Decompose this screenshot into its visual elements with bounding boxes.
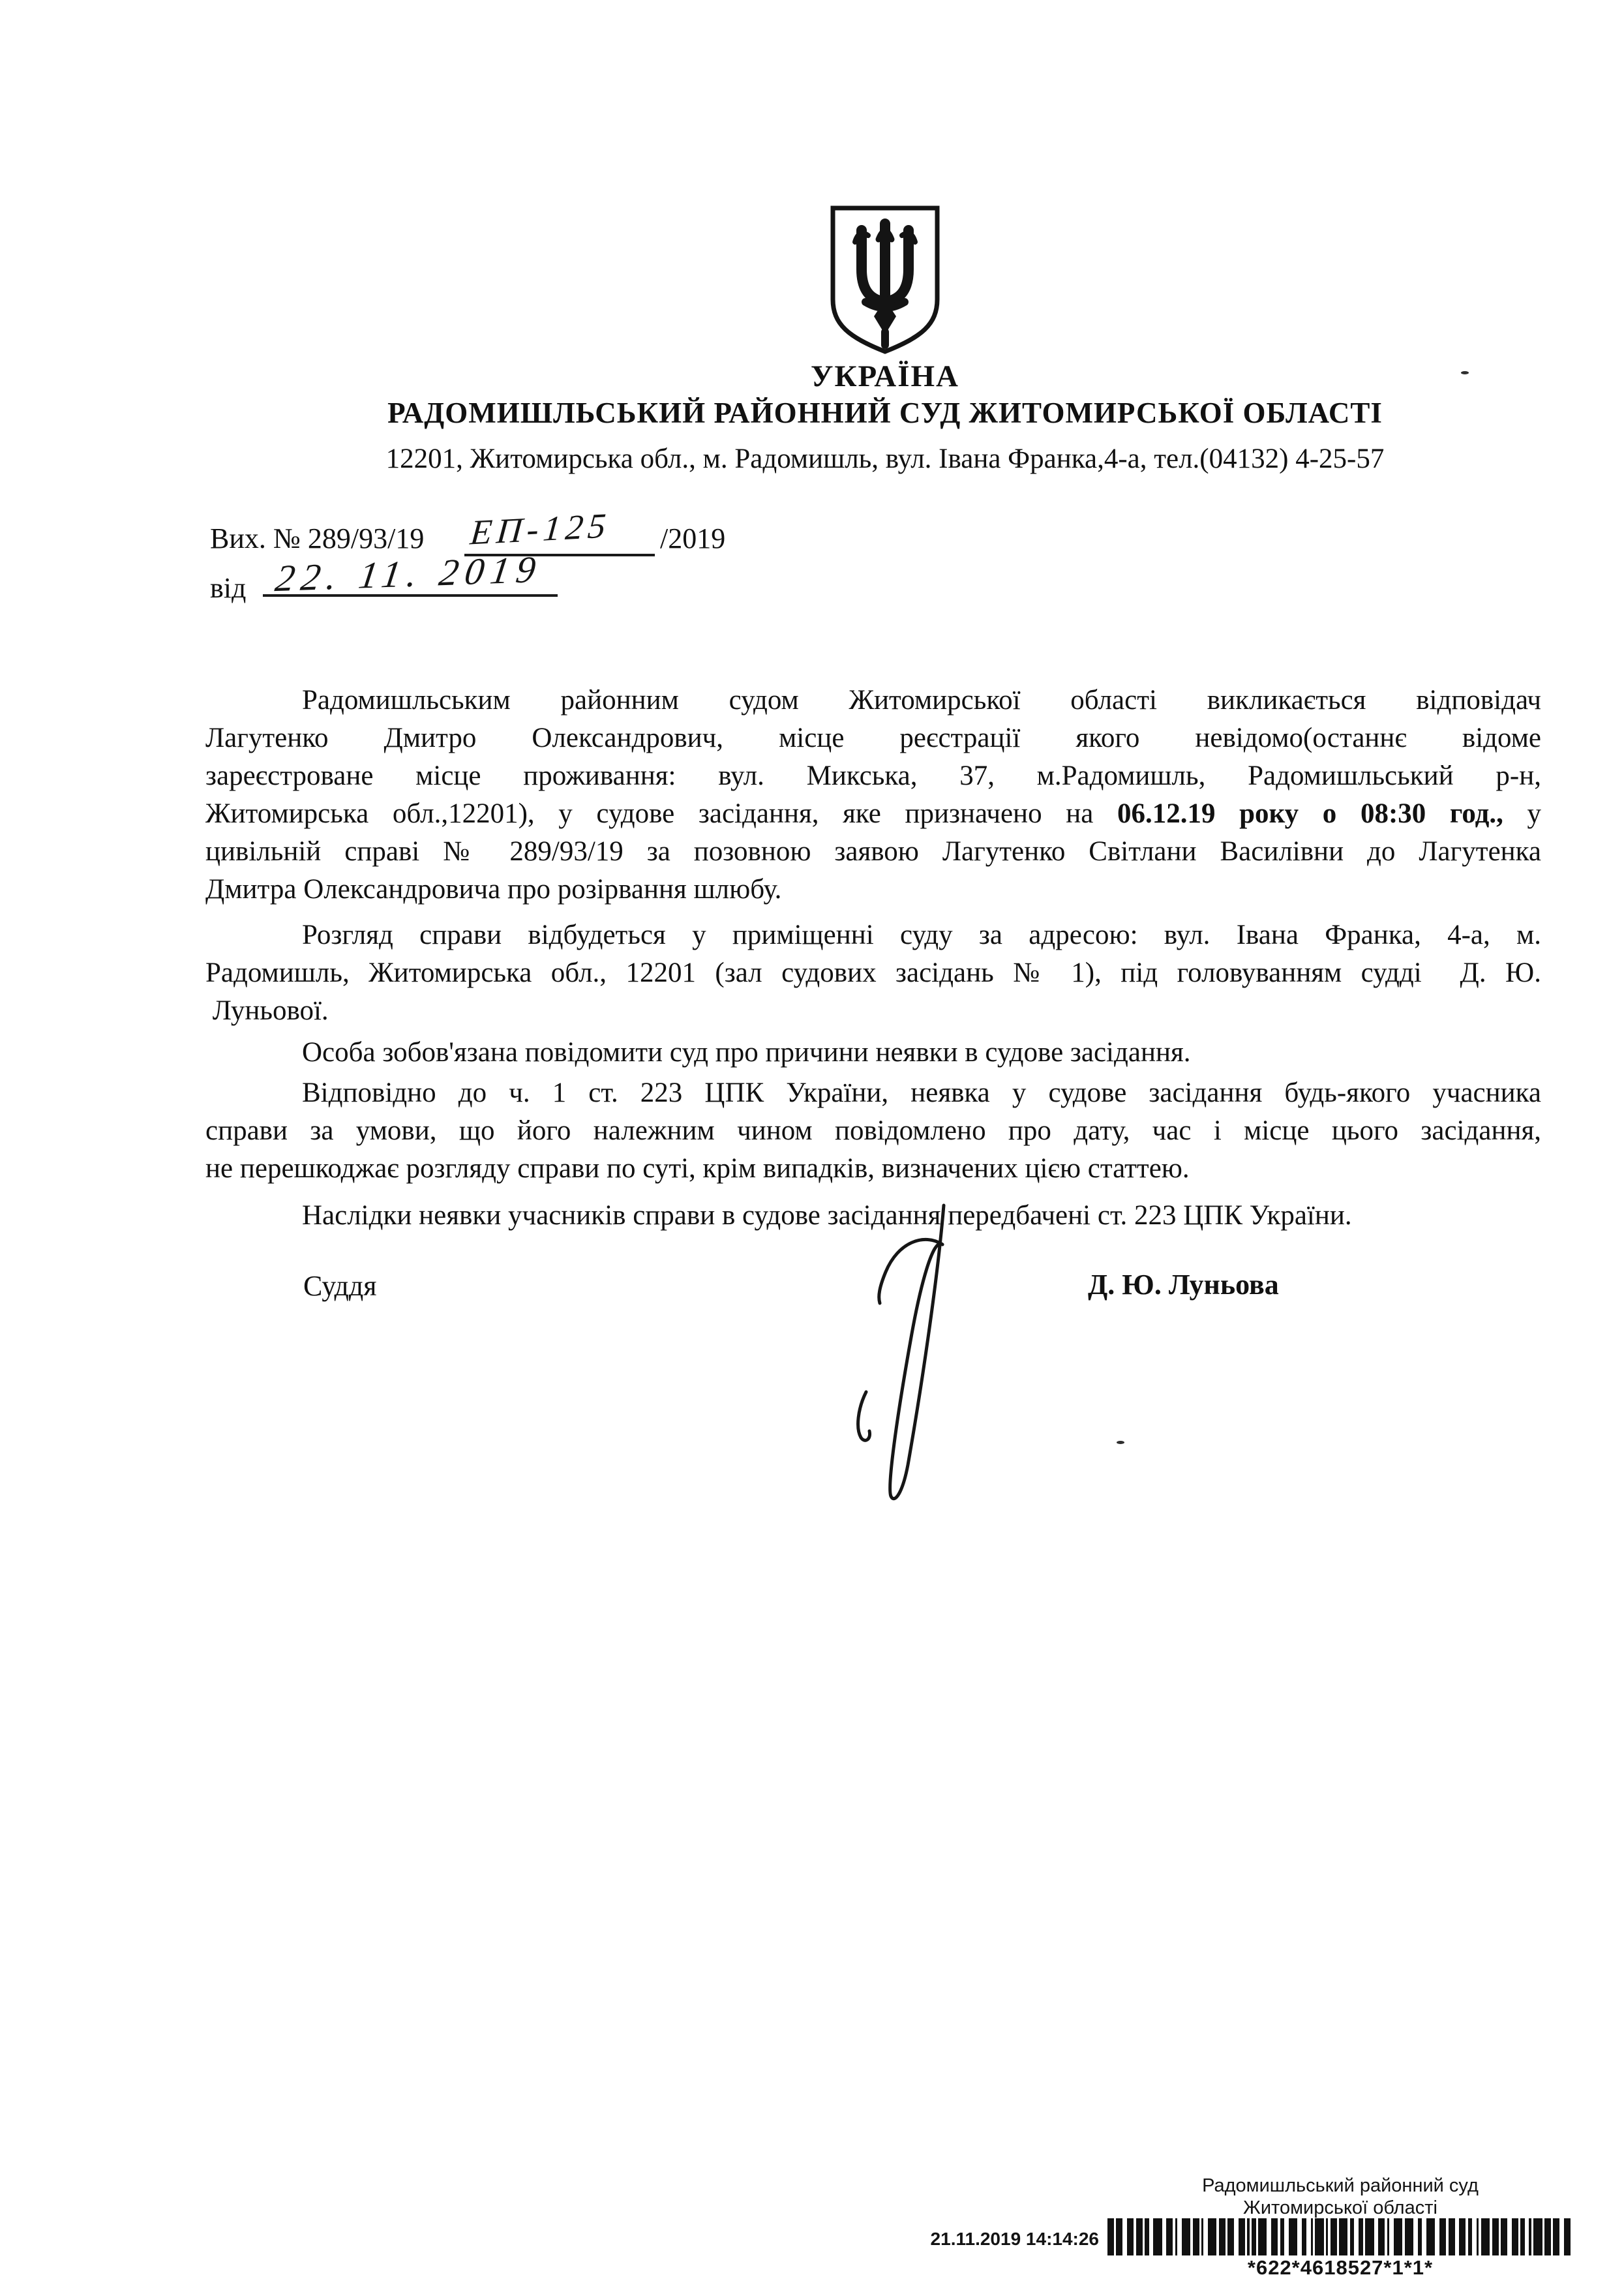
body-paragraph: Відповідно до ч. 1 ст. 223 ЦПК України, …	[205, 1074, 1541, 1188]
barcode-bar	[1378, 2218, 1385, 2255]
barcode-bar	[1426, 2218, 1435, 2255]
barcode-bar	[1201, 2218, 1203, 2255]
body-line: Радомишль, Житомирська обл., 12201 (зал …	[205, 954, 1541, 992]
document-body: Радомишльським районним судом Житомирськ…	[205, 682, 1541, 1235]
body-line: Лагутенко Дмитро Олександрович, місце ре…	[205, 719, 1541, 757]
barcode-bar	[1315, 2218, 1323, 2255]
barcode-bar	[1302, 2218, 1306, 2255]
scan-artifact-dot	[1461, 371, 1469, 374]
handwritten-date: 22. 11. 2019	[273, 547, 545, 600]
scanned-court-summons-page: УКРАЇНА РАДОМИШЛЬСЬКИЙ РАЙОННИЙ СУД ЖИТО…	[0, 0, 1624, 2292]
barcode	[1107, 2218, 1573, 2255]
barcode-bar	[1136, 2218, 1143, 2255]
barcode-bar	[1564, 2218, 1571, 2255]
barcode-bar	[1350, 2218, 1355, 2255]
barcode-bar	[1481, 2218, 1490, 2255]
outgoing-year-suffix: /2019	[660, 522, 725, 555]
judge-role-label: Суддя	[303, 1269, 377, 1303]
barcode-bar	[1553, 2218, 1559, 2255]
barcode-bar	[1418, 2218, 1422, 2255]
barcode-bar	[1239, 2218, 1245, 2255]
date-label: від	[210, 571, 246, 605]
barcode-bar	[1116, 2218, 1122, 2255]
barcode-bar	[1280, 2218, 1285, 2255]
body-paragraph: Радомишльським районним судом Житомирськ…	[205, 682, 1541, 909]
scan-artifact-dot	[1117, 1441, 1124, 1444]
barcode-bar	[1252, 2218, 1256, 2255]
barcode-bar	[1247, 2218, 1249, 2255]
judge-signature-ink	[845, 1199, 962, 1525]
body-line: справи за умови, що його належним чином …	[205, 1112, 1541, 1150]
barcode-bar	[1127, 2218, 1134, 2255]
barcode-bar	[1520, 2218, 1525, 2255]
barcode-bar	[1193, 2218, 1199, 2255]
body-line: цивільній справі № 289/93/19 за позовною…	[205, 833, 1541, 871]
barcode-bar	[1166, 2218, 1173, 2255]
body-line: Дмитра Олександровича про розірвання шлю…	[205, 871, 1541, 909]
court-name: РАДОМИШЛЬСЬКИЙ РАЙОННИЙ СУД ЖИТОМИРСЬКОЇ…	[146, 396, 1624, 430]
barcode-bar	[1145, 2218, 1149, 2255]
barcode-bar	[1153, 2218, 1162, 2255]
footer-timestamp: 21.11.2019 14:14:26	[900, 2229, 1099, 2250]
footer-court-line1: Радомишльський районний суд	[1109, 2175, 1572, 2197]
ukraine-coat-of-arms-icon	[829, 204, 941, 355]
barcode-bar	[1492, 2218, 1499, 2255]
barcode-value: *622*4618527*1*1*	[1109, 2256, 1572, 2280]
body-paragraph: Розгляд справи відбудеться у приміщенні …	[205, 916, 1541, 1030]
barcode-bar	[1271, 2218, 1278, 2255]
barcode-bar	[1459, 2218, 1466, 2255]
barcode-bar	[1107, 2218, 1114, 2255]
body-line: Особа зобов'язана повідомити суд про при…	[205, 1034, 1541, 1072]
handwriting-underline	[263, 594, 558, 597]
barcode-bar	[1175, 2218, 1177, 2255]
barcode-bar	[1512, 2218, 1518, 2255]
barcode-bar	[1529, 2218, 1531, 2255]
barcode-bar	[1208, 2218, 1216, 2255]
outgoing-number-label: Вих. № 289/93/19	[210, 522, 424, 555]
barcode-bar	[1501, 2218, 1507, 2255]
barcode-bar	[1439, 2218, 1446, 2255]
barcode-bar	[1331, 2218, 1337, 2255]
body-paragraph: Особа зобов'язана повідомити суд про при…	[205, 1034, 1541, 1072]
barcode-bar	[1227, 2218, 1234, 2255]
barcode-bar	[1365, 2218, 1374, 2255]
barcode-bar	[1258, 2218, 1267, 2255]
body-line: Радомишльським районним судом Житомирськ…	[205, 682, 1541, 719]
body-line: Відповідно до ч. 1 ст. 223 ЦПК України, …	[205, 1074, 1541, 1112]
barcode-bar	[1468, 2218, 1473, 2255]
body-line: не перешкоджає розгляду справи по суті, …	[205, 1150, 1541, 1188]
body-line: зареєстроване місце проживання: вул. Мик…	[205, 757, 1541, 795]
barcode-bar	[1311, 2218, 1313, 2255]
court-address: 12201, Житомирська обл., м. Радомишль, в…	[146, 443, 1624, 475]
body-line: Житомирська обл.,12201), у судове засіда…	[205, 795, 1541, 833]
barcode-bar	[1544, 2218, 1551, 2255]
barcode-bar	[1289, 2218, 1297, 2255]
barcode-bar	[1219, 2218, 1226, 2255]
footer-court-line2: Житомирської області	[1109, 2197, 1572, 2219]
body-line: Розгляд справи відбудеться у приміщенні …	[205, 916, 1541, 954]
barcode-bar	[1477, 2218, 1479, 2255]
body-line: Луньової.	[205, 992, 1541, 1030]
country-name: УКРАЇНА	[146, 359, 1624, 394]
handwritten-case-number: ЕП-125	[469, 505, 612, 552]
barcode-bar	[1387, 2218, 1389, 2255]
barcode-bar	[1449, 2218, 1455, 2255]
barcode-bar	[1326, 2218, 1328, 2255]
barcode-bar	[1339, 2218, 1347, 2255]
judge-name: Д. Ю. Луньова	[1088, 1268, 1279, 1301]
footer-court-name: Радомишльський районний суд Житомирської…	[1109, 2175, 1572, 2219]
barcode-bar	[1533, 2218, 1542, 2255]
barcode-bar	[1359, 2218, 1363, 2255]
barcode-bar	[1182, 2218, 1190, 2255]
barcode-bar	[1405, 2218, 1413, 2255]
barcode-bar	[1394, 2218, 1402, 2255]
